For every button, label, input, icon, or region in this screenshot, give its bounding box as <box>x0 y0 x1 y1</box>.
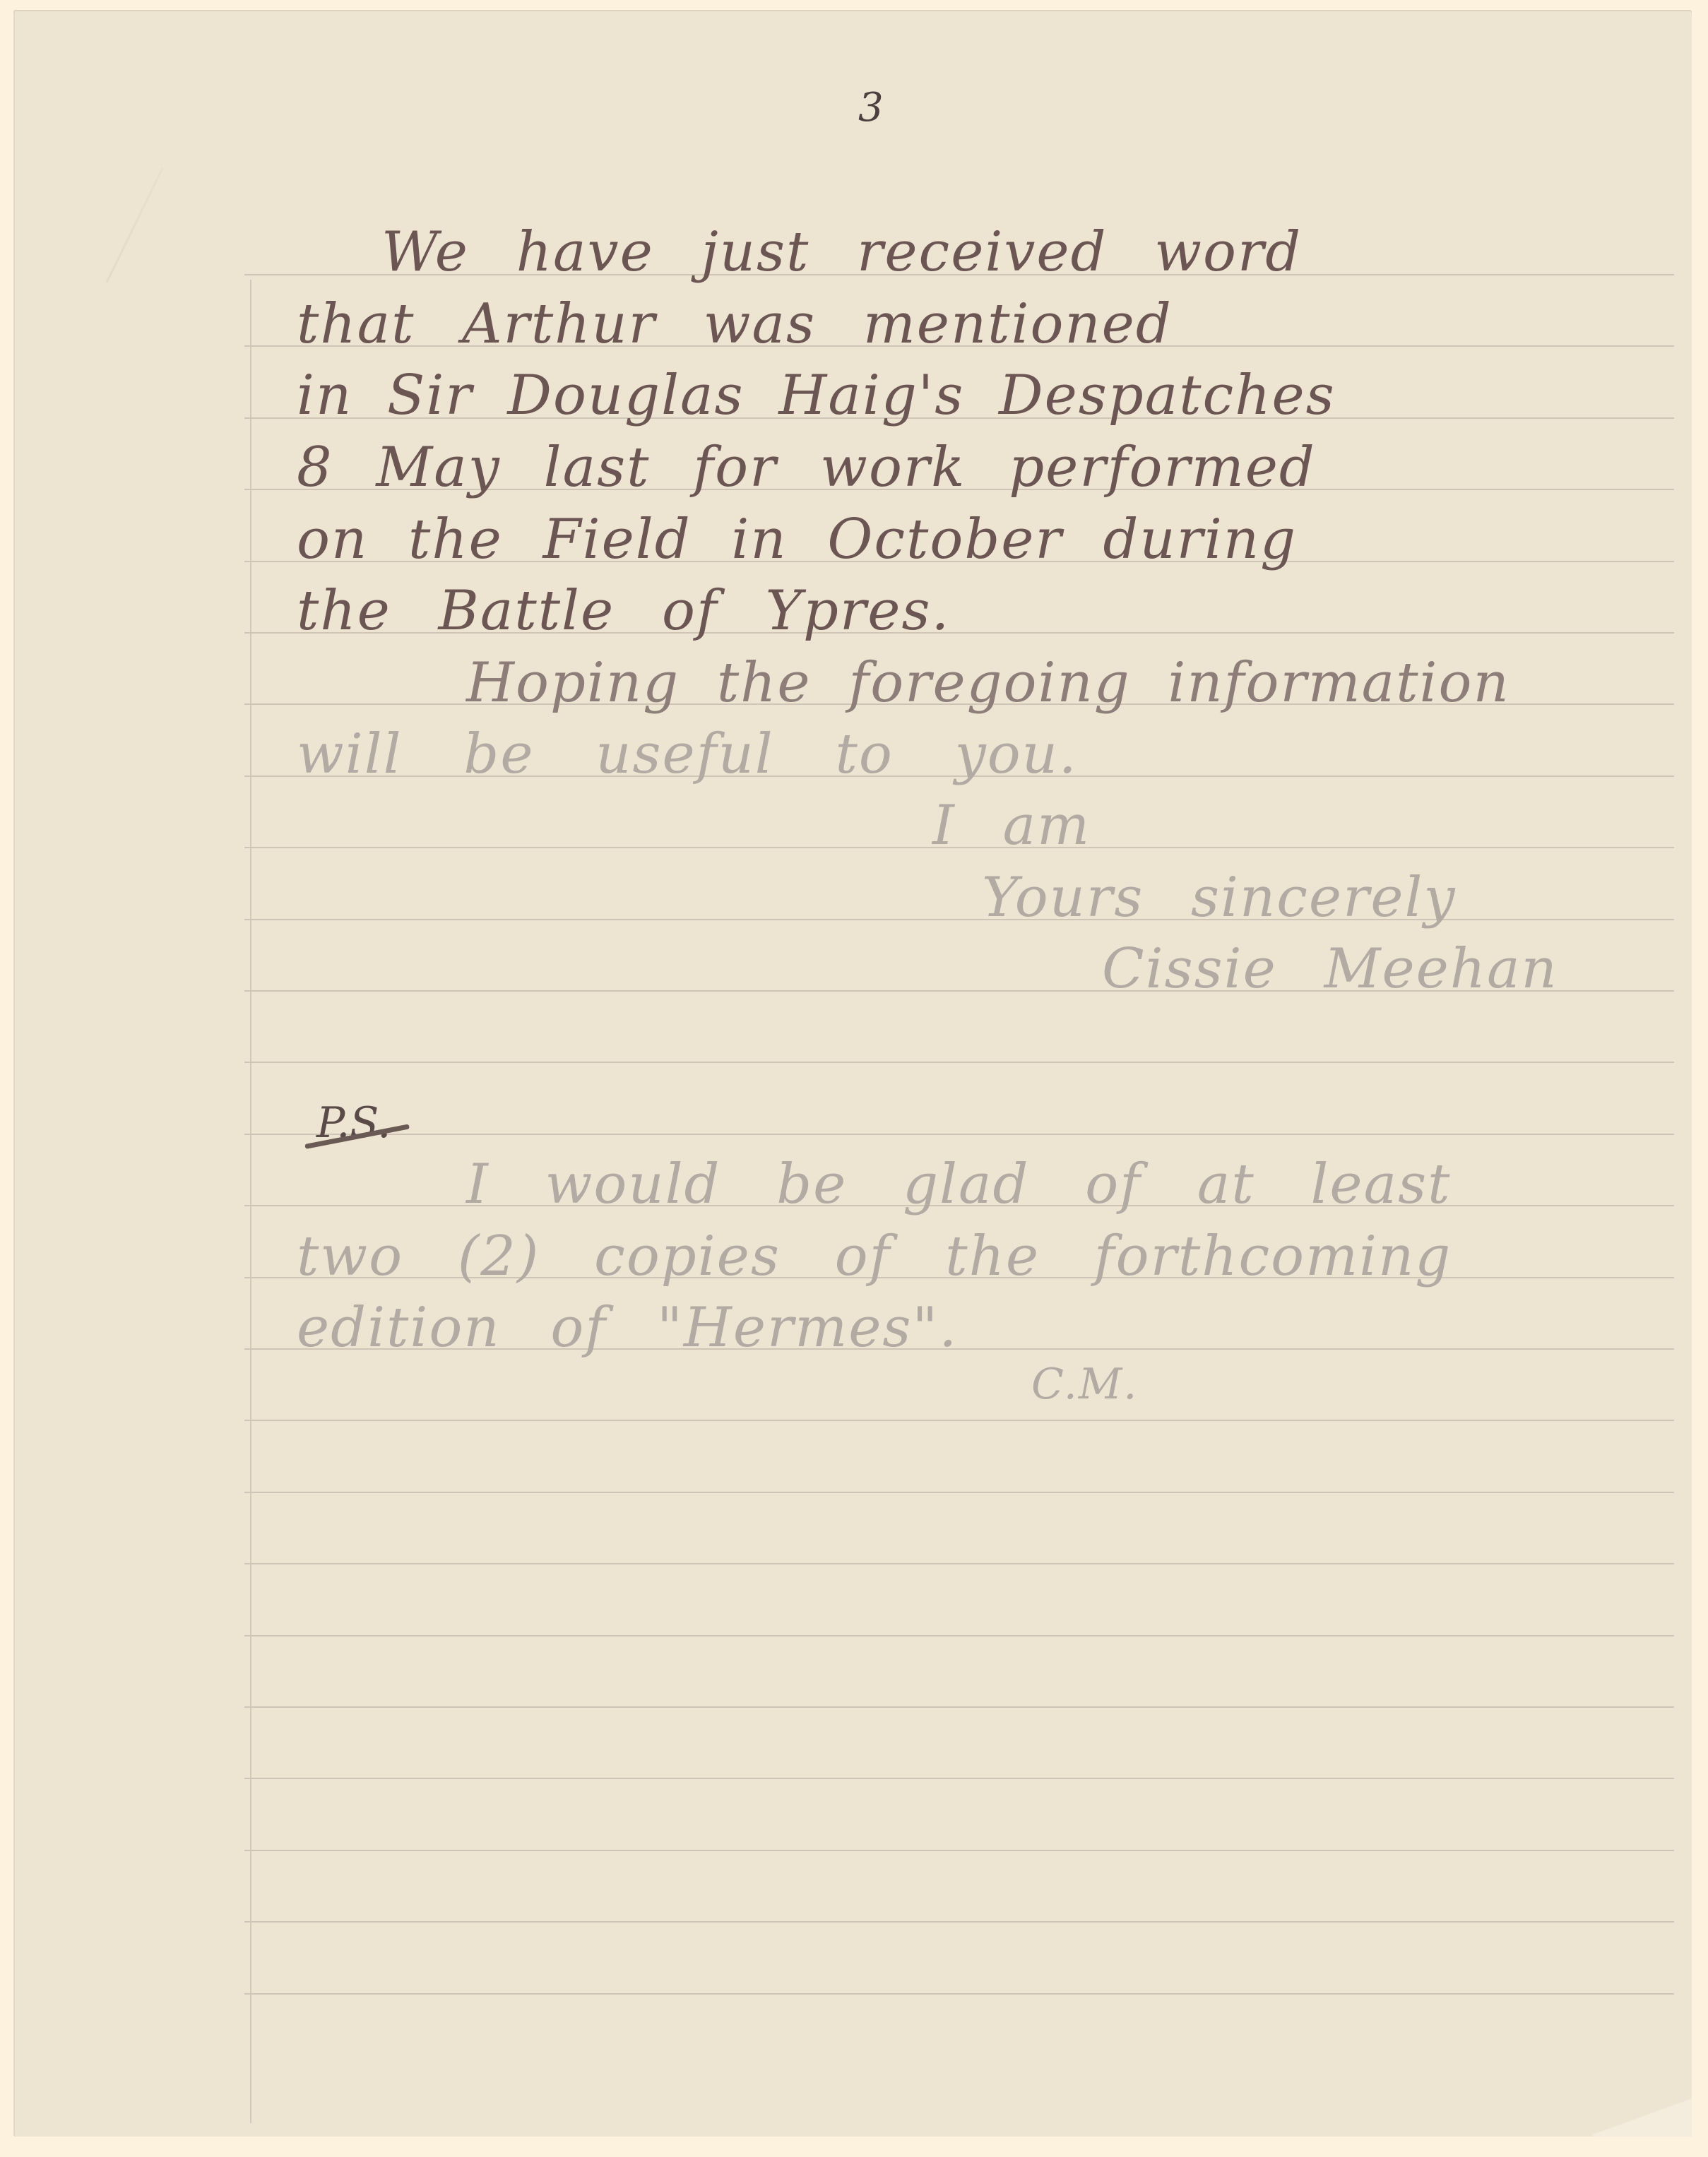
ruled-line <box>244 1778 1674 1779</box>
body-line-5: on the Field in October during <box>297 512 1297 567</box>
body-line-6: the Battle of Ypres. <box>297 583 950 638</box>
ruled-line <box>244 1134 1674 1135</box>
ps-line-3: edition of "Hermes". <box>297 1300 958 1355</box>
closing-i-am: I am <box>932 798 1091 853</box>
ruled-line <box>244 1706 1674 1708</box>
folded-corner <box>1593 2098 1692 2137</box>
ps-line-1: I would be glad of at least <box>466 1157 1451 1212</box>
ruled-line <box>244 1850 1674 1851</box>
ruled-line <box>244 1563 1674 1564</box>
ruled-line <box>244 1635 1674 1636</box>
margin-rule <box>250 280 251 2123</box>
signature: Cissie Meehan <box>1102 941 1558 997</box>
ruled-line <box>244 1993 1674 1995</box>
ps-line-2: two (2) copies of the forthcoming <box>297 1229 1452 1284</box>
page-number: 3 <box>858 85 884 131</box>
body-line-1: We have just received word <box>381 225 1302 280</box>
paper-crease <box>106 167 164 283</box>
body-line-3: in Sir Douglas Haig's Despatches <box>297 368 1336 423</box>
ps-initials: C.M. <box>1031 1363 1138 1406</box>
ruled-line <box>244 1062 1674 1063</box>
body-line-2: that Arthur was mentioned <box>297 297 1173 352</box>
ruled-line <box>244 1420 1674 1421</box>
body-line-8: will be useful to you. <box>297 727 1078 782</box>
ruled-line <box>244 1492 1674 1493</box>
body-line-7: Hoping the foregoing information <box>466 655 1510 711</box>
ruled-line <box>244 919 1674 920</box>
ruled-line <box>244 1921 1674 1923</box>
body-line-4: 8 May last for work performed <box>297 440 1316 495</box>
closing-yours-sincerely: Yours sincerely <box>982 870 1457 925</box>
